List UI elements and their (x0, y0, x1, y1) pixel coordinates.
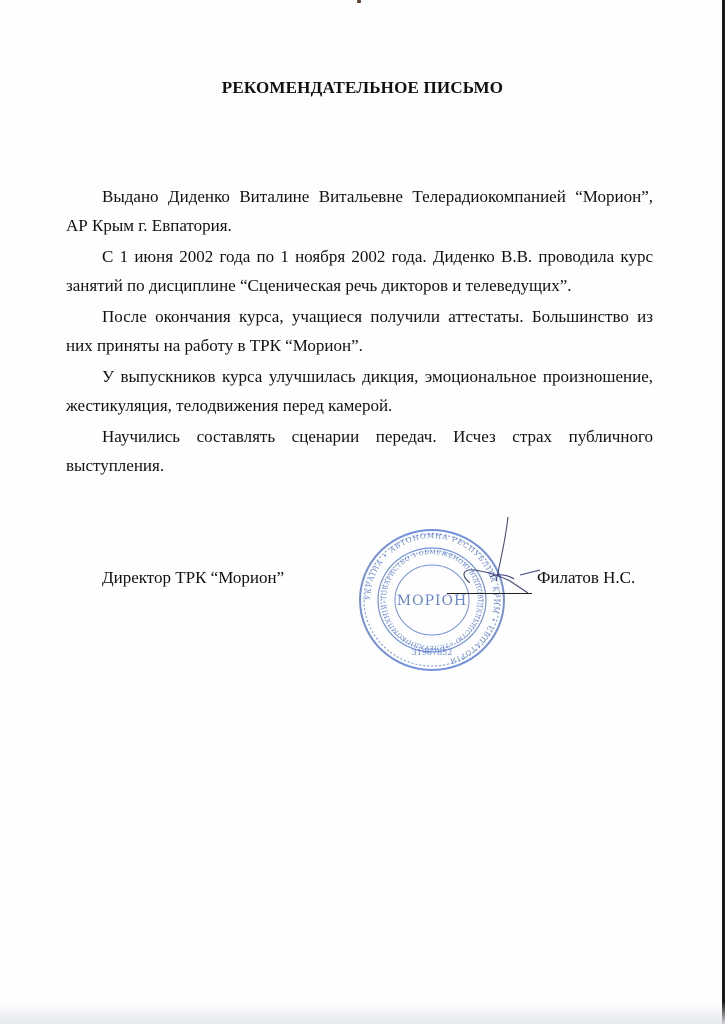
paragraph-issued-to: Выдано Диденко Виталине Витальевне Телер… (66, 183, 653, 240)
paragraph-course-period: С 1 июня 2002 года по 1 ноября 2002 года… (66, 243, 653, 300)
scan-noise (0, 1002, 725, 1024)
paragraph-improvements: У выпускников курса улучшилась дикция, э… (66, 363, 653, 420)
signature-line (447, 593, 532, 594)
letter-page: РЕКОМЕНДАТЕЛЬНОЕ ПИСЬМО Выдано Диденко В… (0, 0, 725, 1024)
letter-body: Выдано Диденко Виталине Витальевне Телер… (66, 183, 653, 483)
letter-title: РЕКОМЕНДАТЕЛЬНОЕ ПИСЬМО (0, 78, 725, 98)
scan-mark (357, 0, 361, 3)
handwritten-signature-icon (420, 515, 540, 605)
svg-text:31967852: 31967852 (412, 648, 453, 657)
paragraph-skills: Научились составлять сценарии передач. И… (66, 423, 653, 480)
signatory-position: Директор ТРК “Морион” (102, 568, 284, 588)
signatory-name: Филатов Н.С. (537, 568, 635, 588)
paragraph-certificates: После окончания курса, учащиеся получили… (66, 303, 653, 360)
